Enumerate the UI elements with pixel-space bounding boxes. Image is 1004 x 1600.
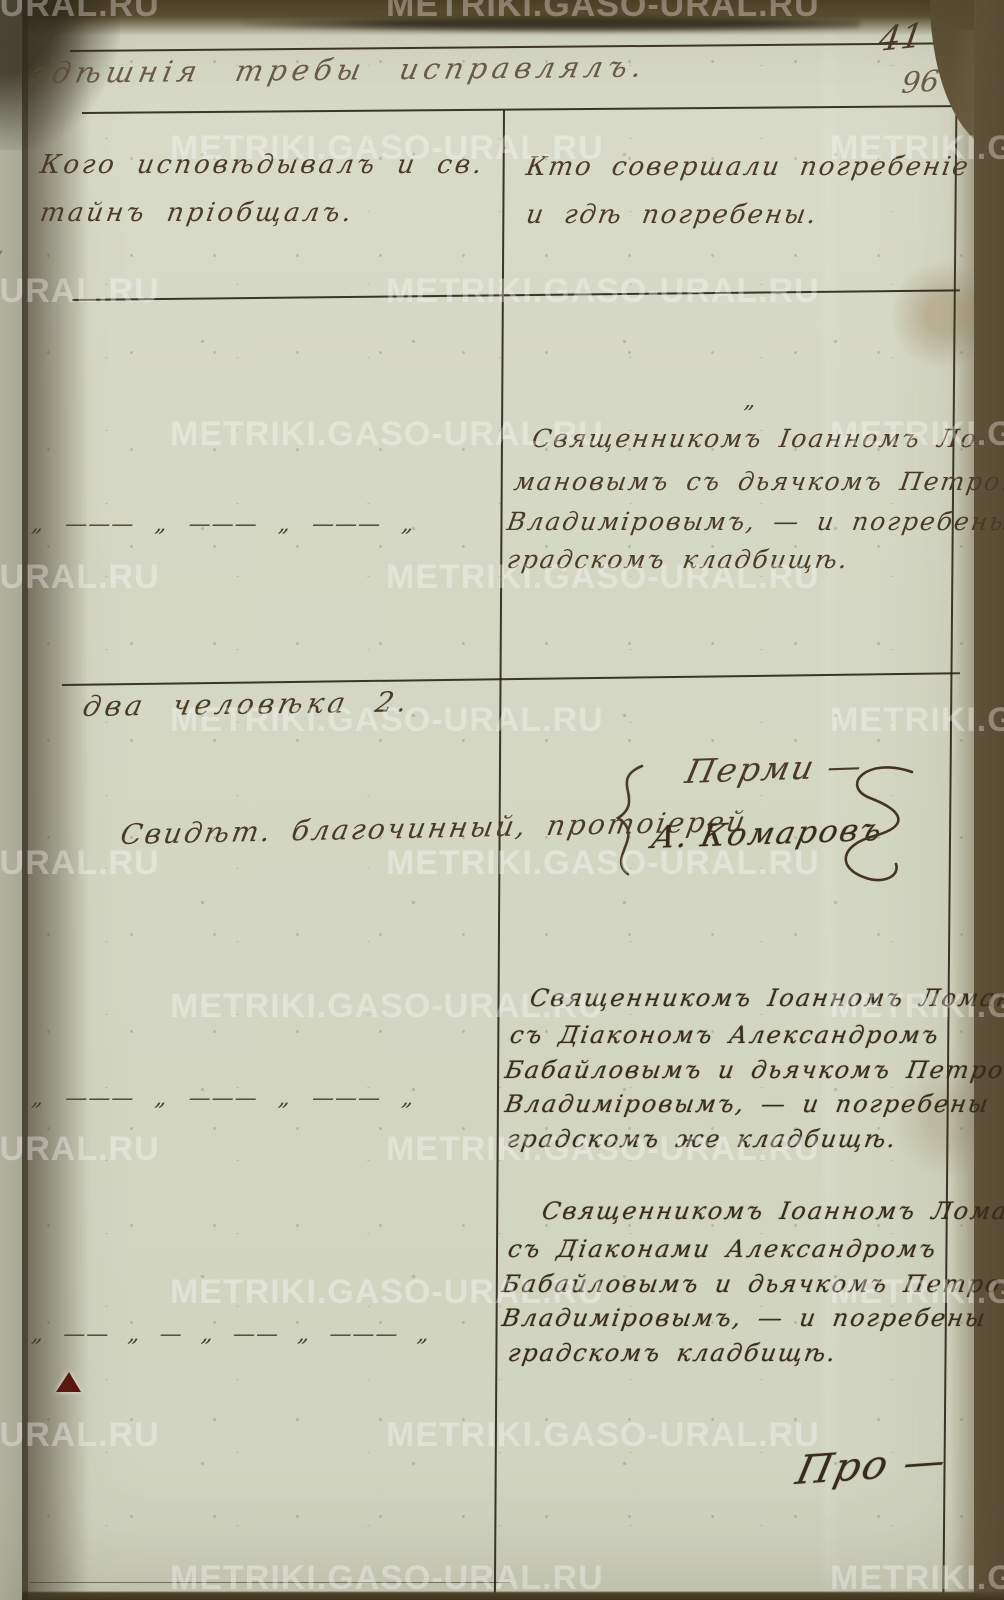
top-ink-smudge — [240, 16, 860, 32]
folio-number: 41 — [876, 16, 926, 60]
entry1-line1: Священникомъ Іоанномъ Ло- — [530, 424, 991, 453]
book-gutter-shadow — [28, 0, 90, 1600]
right-column-header-line1: Кто совершали погребеніе — [524, 152, 972, 182]
entry2-line4: Владиміровымъ, — и погребены — [503, 1090, 992, 1118]
running-header-scrawl: здѣшнія требы исправлялъ. — [28, 50, 650, 90]
entry2-line3: Бабайловымъ и дьячкомъ Петро. — [503, 1056, 1004, 1084]
entry3-line2: съ Діаконами Александромъ — [506, 1235, 939, 1263]
entry2-line5: градскомъ же кладбищѣ. — [505, 1125, 899, 1153]
page-number: 96 — [900, 64, 941, 100]
entry2-line1: Священникомъ Іоанномъ Ломанов. — [528, 984, 1004, 1012]
entry1-ditto-marks: „ ——— „ ——— „ ——— „ — [30, 512, 417, 537]
archival-triangle-mark — [56, 1372, 81, 1392]
underlying-page-edge — [0, 0, 22, 1600]
table-line-bottom-faint — [30, 1582, 510, 1583]
signature-brace-flourish-icon — [598, 762, 652, 878]
entry3-line4: Владиміровымъ, — и погребены — [500, 1304, 989, 1332]
entry3-ditto-marks: „ —— „ — „ —— „ ——— „ — [30, 1322, 432, 1347]
entry1-line4: градскомъ кладбищѣ. — [505, 545, 851, 574]
entry2-line2: съ Діакономъ Александромъ — [508, 1021, 942, 1049]
entry3-line1: Священникомъ Іоанномъ Ломанов. — [540, 1197, 1004, 1225]
entry1-line3: Владиміровымъ, — и погребены — [505, 507, 1004, 536]
entry3-line5: градскомъ кладбищѣ. — [506, 1339, 839, 1367]
archival-scan-page: здѣшнія требы исправлялъ. 41 96 Кого исп… — [0, 0, 1004, 1600]
left-column-header-line1: Кого исповѣдывалъ и св. — [38, 150, 487, 180]
left-column-header-line2: тайнъ пріобщалъ. — [38, 198, 356, 228]
entry3-line3: Бабайловымъ и дьячкомъ Петро. — [500, 1270, 1004, 1298]
photo-right-edge — [974, 0, 1004, 1600]
entry1-line2: мановымъ съ дьячкомъ Петро. — [512, 467, 1004, 496]
photo-bottom-edge — [0, 1591, 1004, 1600]
right-column-header-line2: и гдѣ погребены. — [524, 200, 820, 230]
signature-swirl-flourish-icon — [826, 760, 922, 886]
summary-count-line: два человѣка 2. — [80, 685, 414, 723]
entry2-ditto-marks: „ ——— „ ——— „ ——— „ — [30, 1086, 417, 1111]
page-right-edge-shade — [950, 30, 976, 1600]
